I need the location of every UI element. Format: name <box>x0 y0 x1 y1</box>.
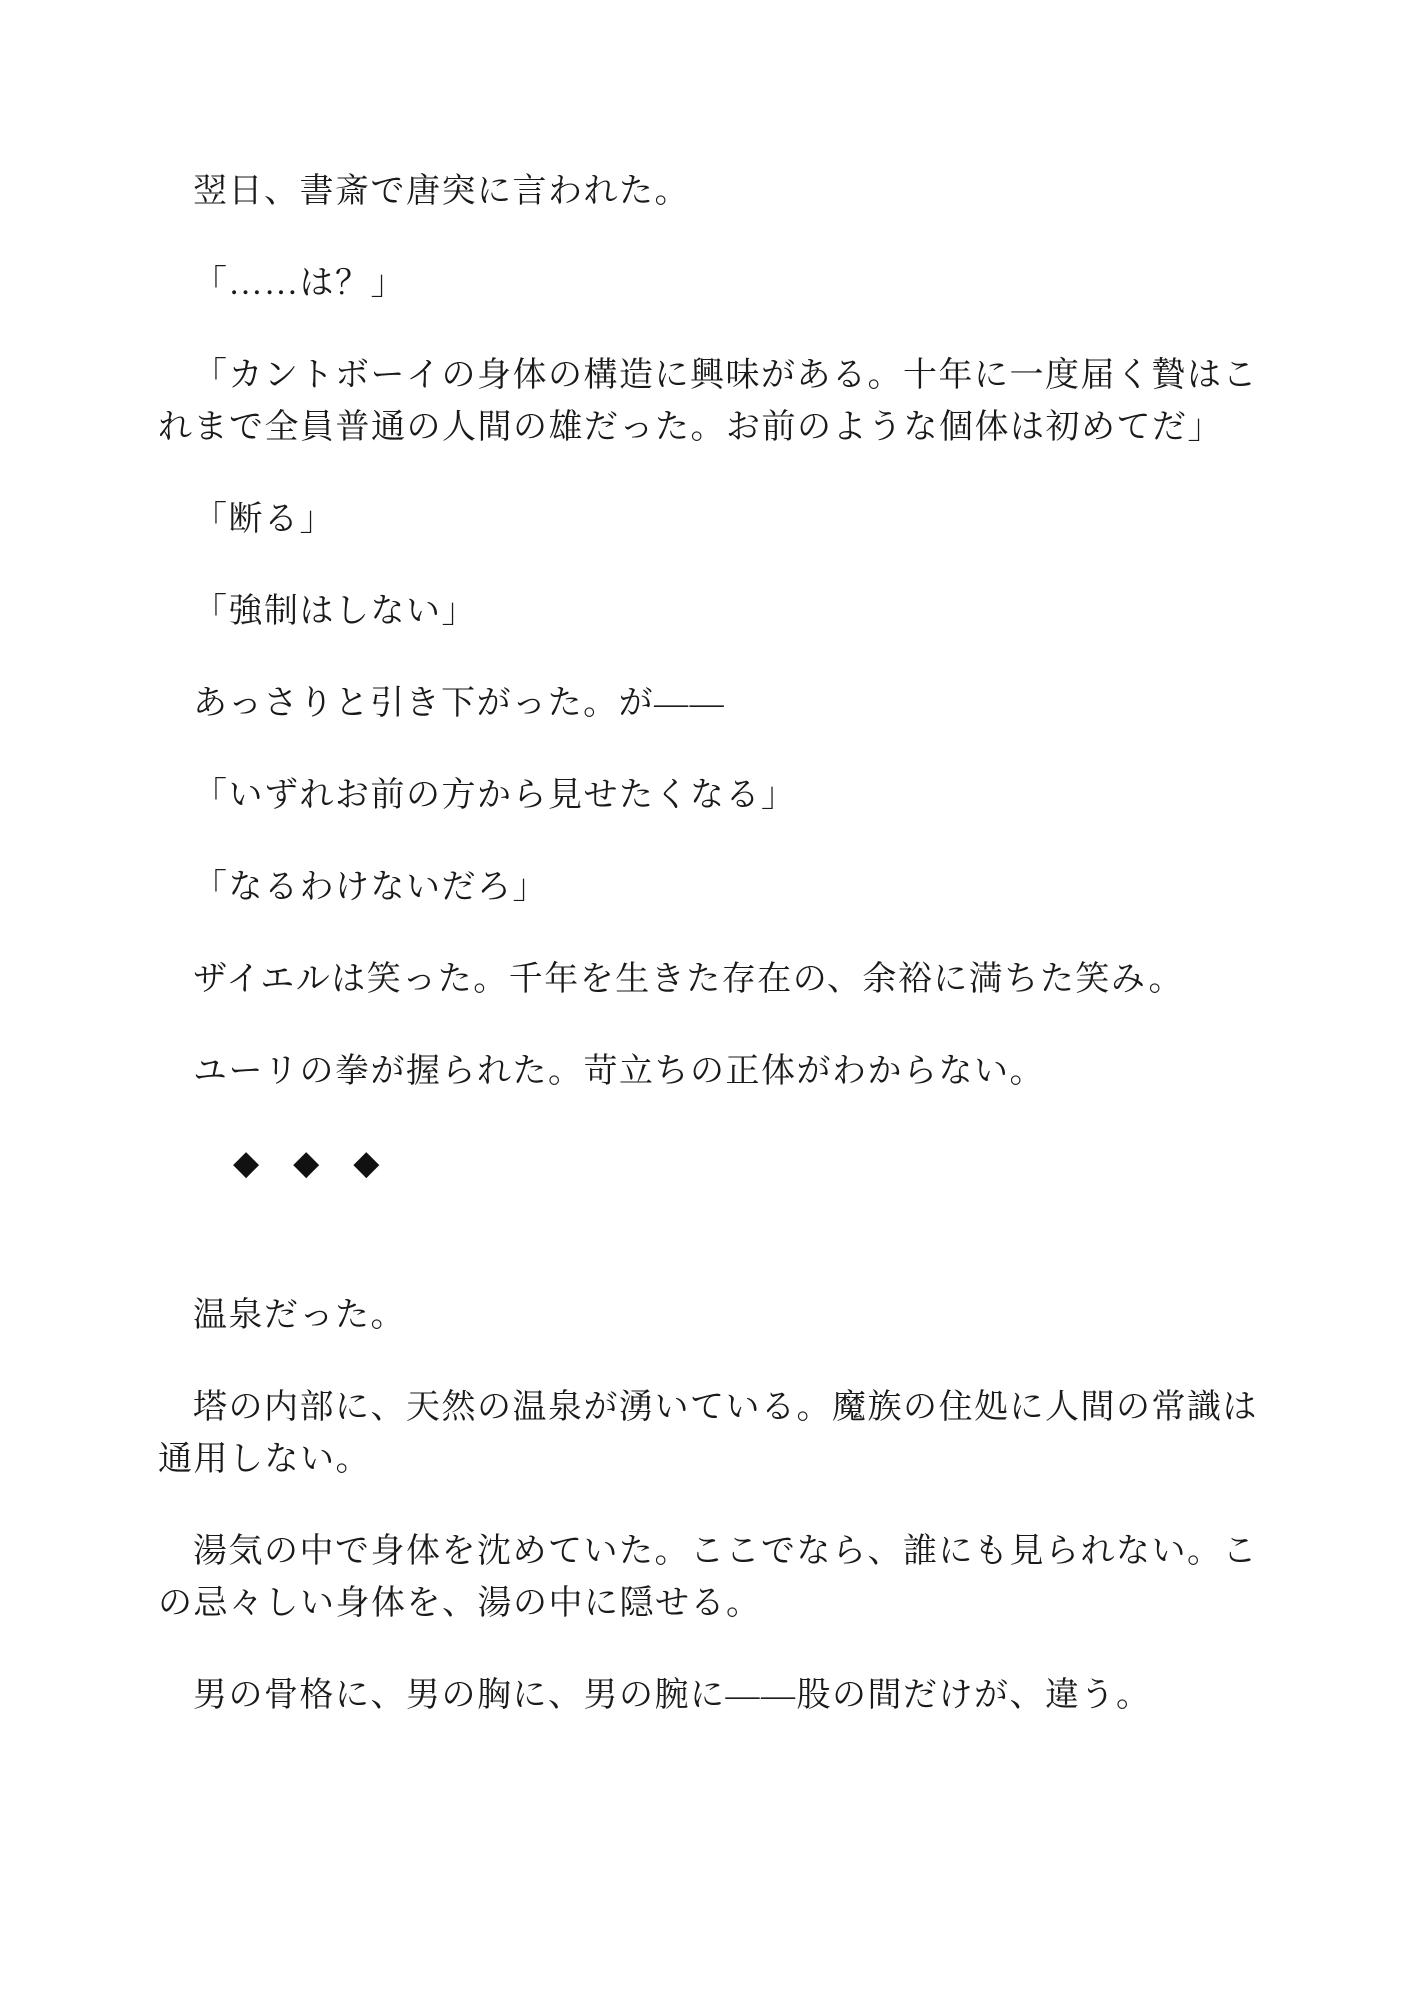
paragraph: ザイエルは笑った。千年を生きた存在の、余裕に満ちた笑み。 <box>158 954 1265 1006</box>
paragraph: 「……は？」 <box>158 258 1265 310</box>
section-divider: ◆ ◆ ◆ <box>158 1138 1265 1190</box>
paragraph: 湯気の中で身体を沈めていた。ここでなら、誰にも見られない。こ の忌々しい身体を、… <box>158 1526 1265 1630</box>
paragraph: 男の骨格に、男の胸に、男の腕に――股の間だけが、違う。 <box>158 1670 1265 1722</box>
paragraph-text: 「いずれお前の方から見せたくなる」 <box>158 770 1265 822</box>
paragraph-text: 塔の内部に、天然の温泉が湧いている。魔族の住処に人間の常識は <box>158 1382 1265 1434</box>
divider-diamonds-icon: ◆ ◆ ◆ <box>233 1138 1265 1190</box>
paragraph: 塔の内部に、天然の温泉が湧いている。魔族の住処に人間の常識は 通用しない。 <box>158 1382 1265 1486</box>
paragraph: 翌日、書斎で唐突に言われた。 <box>158 166 1265 218</box>
paragraph-text: 「なるわけないだろ」 <box>158 862 1265 914</box>
paragraph-text: 温泉だった。 <box>158 1290 1265 1342</box>
paragraph-text: 男の骨格に、男の胸に、男の腕に――股の間だけが、違う。 <box>158 1670 1265 1722</box>
paragraph: 「いずれお前の方から見せたくなる」 <box>158 770 1265 822</box>
paragraph-text: ザイエルは笑った。千年を生きた存在の、余裕に満ちた笑み。 <box>158 954 1265 1006</box>
paragraph-text: ユーリの拳が握られた。苛立ちの正体がわからない。 <box>158 1046 1265 1098</box>
paragraph-text: 通用しない。 <box>158 1434 1265 1486</box>
paragraph: ユーリの拳が握られた。苛立ちの正体がわからない。 <box>158 1046 1265 1098</box>
paragraph: 「強制はしない」 <box>158 586 1265 638</box>
paragraph-text: 翌日、書斎で唐突に言われた。 <box>158 166 1265 218</box>
paragraph-text: 「カントボーイの身体の構造に興味がある。十年に一度届く贄はこ <box>158 350 1265 402</box>
paragraph-text: の忌々しい身体を、湯の中に隠せる。 <box>158 1578 1265 1630</box>
paragraph-text: 「……は？」 <box>158 258 1265 310</box>
paragraph: 温泉だった。 <box>158 1290 1265 1342</box>
paragraph: あっさりと引き下がった。が―― <box>158 678 1265 730</box>
paragraph-text: 湯気の中で身体を沈めていた。ここでなら、誰にも見られない。こ <box>158 1526 1265 1578</box>
paragraph: 「カントボーイの身体の構造に興味がある。十年に一度届く贄はこ れまで全員普通の人… <box>158 350 1265 454</box>
paragraph: 「なるわけないだろ」 <box>158 862 1265 914</box>
document-page: 翌日、書斎で唐突に言われた。 「……は？」 「カントボーイの身体の構造に興味があ… <box>0 0 1415 2000</box>
paragraph-text: あっさりと引き下がった。が―― <box>158 678 1265 730</box>
paragraph-text: 「強制はしない」 <box>158 586 1265 638</box>
paragraph: 「断る」 <box>158 494 1265 546</box>
paragraph-text: 「断る」 <box>158 494 1265 546</box>
paragraph-text: れまで全員普通の人間の雄だった。お前のような個体は初めてだ」 <box>158 402 1265 454</box>
